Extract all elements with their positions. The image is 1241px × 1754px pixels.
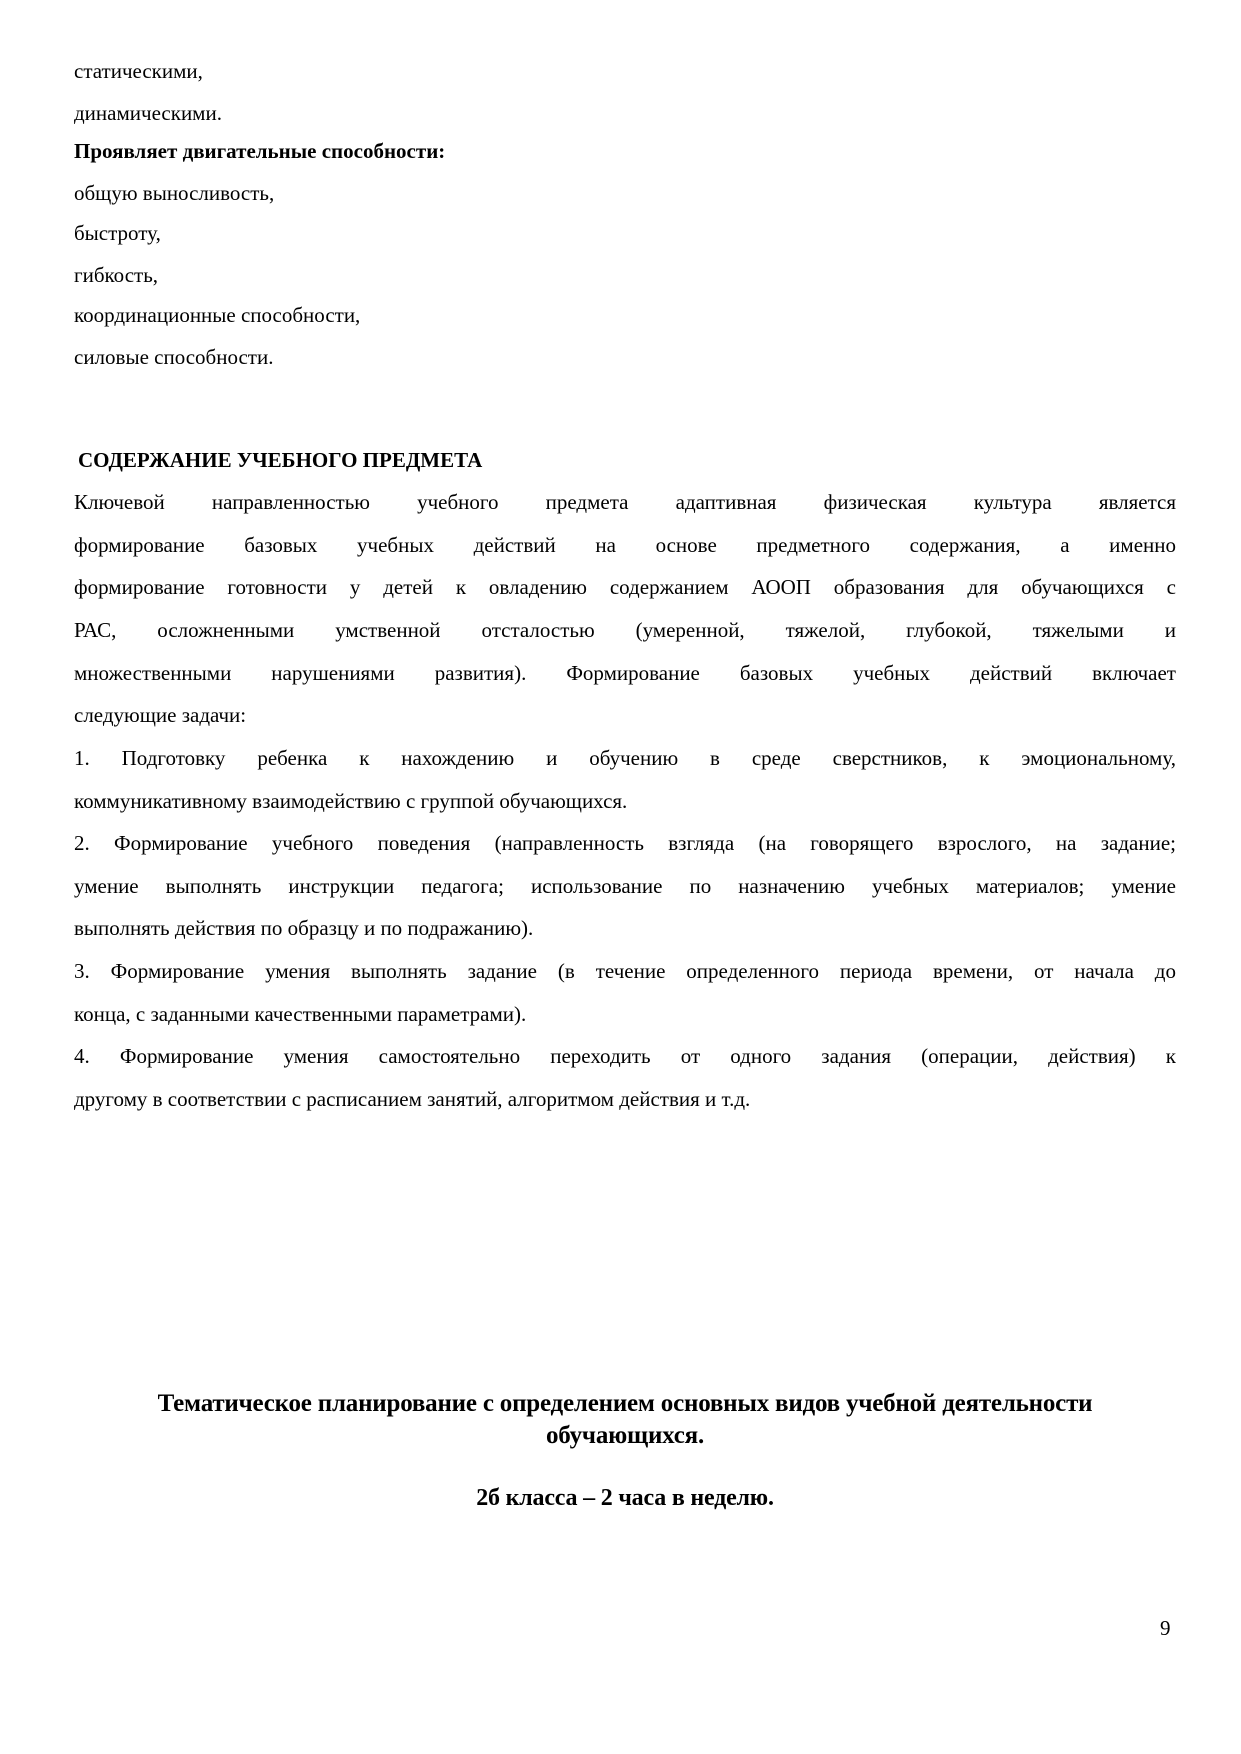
task-item-2: 2. Формирование учебного поведения (напр… (74, 822, 1176, 950)
paragraph-line: 4. Формирование умения самостоятельно пе… (74, 1035, 1176, 1078)
paragraph-line: другому в соответствии с расписанием зан… (74, 1078, 1176, 1121)
document-page: статическими, динамическими. Проявляет д… (0, 0, 1241, 1754)
ability-item: гибкость, (74, 262, 158, 288)
ability-item: координационные способности, (74, 302, 360, 328)
page-number: 9 (1160, 1615, 1171, 1641)
intro-paragraph: Ключевой направленностью учебного предме… (74, 481, 1176, 737)
paragraph-line: 2. Формирование учебного поведения (напр… (74, 822, 1176, 865)
paragraph-line: умение выполнять инструкции педагога; ис… (74, 865, 1176, 908)
paragraph-line: множественными нарушениями развития). Фо… (74, 652, 1176, 695)
planning-title: Тематическое планирование с определением… (74, 1388, 1176, 1452)
abilities-title: Проявляет двигательные способности: (74, 138, 445, 164)
paragraph-line: конца, с заданными качественными парамет… (74, 993, 1176, 1036)
paragraph-line: РАС, осложненными умственной отсталостью… (74, 609, 1176, 652)
paragraph-line: формирование готовности у детей к овладе… (74, 566, 1176, 609)
task-item-4: 4. Формирование умения самостоятельно пе… (74, 1035, 1176, 1120)
paragraph-line: выполнять действия по образцу и по подра… (74, 907, 1176, 950)
paragraph-line: коммуникативному взаимодействию с группо… (74, 780, 1176, 823)
list-item: динамическими. (74, 100, 222, 126)
planning-subtitle: 2б класса – 2 часа в неделю. (74, 1482, 1176, 1514)
section-heading: СОДЕРЖАНИЕ УЧЕБНОГО ПРЕДМЕТА (78, 447, 482, 473)
ability-item: силовые способности. (74, 344, 273, 370)
planning-title-line: обучающихся. (74, 1420, 1176, 1452)
ability-item: общую выносливость, (74, 180, 274, 206)
paragraph-line: 3. Формирование умения выполнять задание… (74, 950, 1176, 993)
task-item-1: 1. Подготовку ребенка к нахождению и обу… (74, 737, 1176, 822)
paragraph-line: Ключевой направленностью учебного предме… (74, 481, 1176, 524)
planning-title-line: Тематическое планирование с определением… (74, 1388, 1176, 1420)
paragraph-line: 1. Подготовку ребенка к нахождению и обу… (74, 737, 1176, 780)
paragraph-line: формирование базовых учебных действий на… (74, 524, 1176, 567)
task-item-3: 3. Формирование умения выполнять задание… (74, 950, 1176, 1035)
ability-item: быстроту, (74, 220, 161, 246)
list-item: статическими, (74, 58, 203, 84)
paragraph-line: следующие задачи: (74, 694, 1176, 737)
